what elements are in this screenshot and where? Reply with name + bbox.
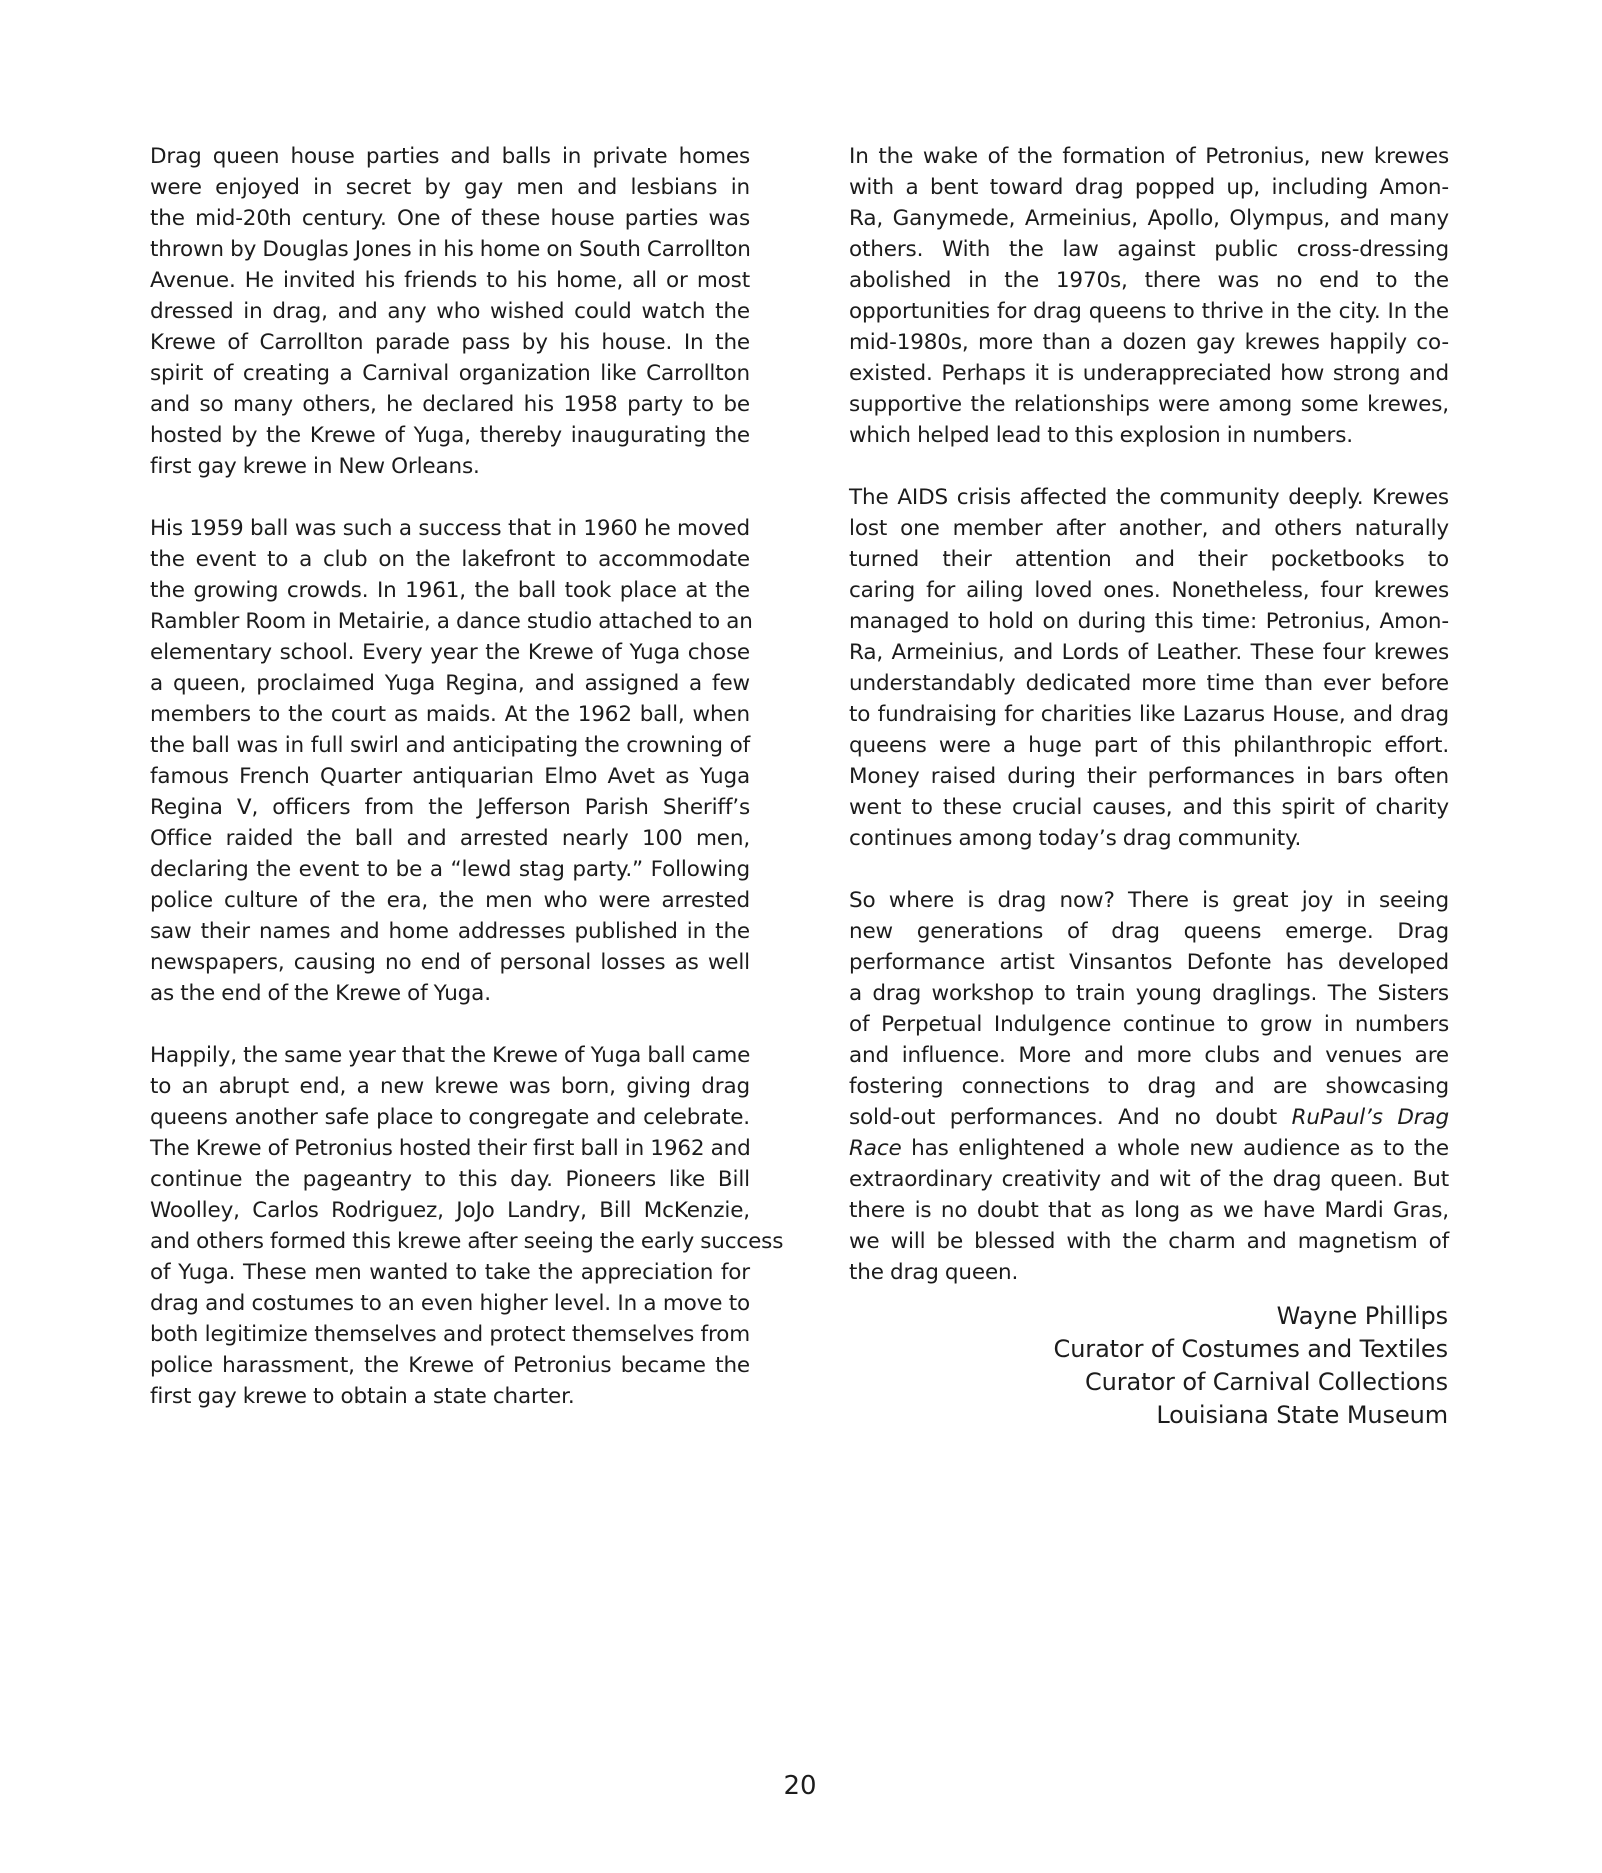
- author-name: Wayne Phillips: [849, 1300, 1448, 1333]
- text-line: we will be blessed with the charm and ma…: [849, 1226, 1449, 1257]
- text-line: Regina V, officers from the Jefferson Pa…: [150, 792, 750, 823]
- text-line: The Krewe of Petronius hosted their firs…: [150, 1133, 750, 1164]
- text-line: police harassment, the Krewe of Petroniu…: [150, 1350, 750, 1381]
- text-line: a queen, proclaimed Yuga Regina, and ass…: [150, 668, 750, 699]
- text-line: and so many others, he declared his 1958…: [150, 389, 750, 420]
- text-line: extraordinary creativity and wit of the …: [849, 1164, 1449, 1195]
- text-line: famous French Quarter antiquarian Elmo A…: [150, 761, 750, 792]
- text-line: the mid-20th century. One of these house…: [150, 203, 750, 234]
- text-line: declaring the event to be a “lewd stag p…: [150, 854, 750, 885]
- text-line: first gay krewe in New Orleans.: [150, 451, 750, 482]
- text-line: opportunities for drag queens to thrive …: [849, 296, 1449, 327]
- text-line: His 1959 ball was such a success that in…: [150, 513, 750, 544]
- text-line: The AIDS crisis affected the community d…: [849, 482, 1449, 513]
- text-line: thrown by Douglas Jones in his home on S…: [150, 234, 750, 265]
- text-line: performance artist Vinsantos Defonte has…: [849, 947, 1449, 978]
- text-line: went to these crucial causes, and this s…: [849, 792, 1449, 823]
- show-title-italic: Race: [849, 1136, 902, 1161]
- text-line: the event to a club on the lakefront to …: [150, 544, 750, 575]
- text-line: supportive the relationships were among …: [849, 389, 1449, 420]
- author-title: Curator of Carnival Collections: [849, 1366, 1448, 1399]
- text-line: a drag workshop to train young draglings…: [849, 978, 1449, 1009]
- text-line: Office raided the ball and arrested near…: [150, 823, 750, 854]
- text-line: understandably dedicated more time than …: [849, 668, 1449, 699]
- author-signature: Wayne Phillips Curator of Costumes and T…: [849, 1300, 1448, 1432]
- text-line: which helped lead to this explosion in n…: [849, 420, 1449, 451]
- text-line: of Yuga. These men wanted to take the ap…: [150, 1257, 750, 1288]
- text-line: caring for ailing loved ones. Nonetheles…: [849, 575, 1449, 606]
- text-line: Ra, Armeinius, and Lords of Leather. The…: [849, 637, 1449, 668]
- text-line: Avenue. He invited his friends to his ho…: [150, 265, 750, 296]
- paragraph-yuga-raid: His 1959 ball was such a success that in…: [150, 513, 750, 1009]
- text-line: members to the court as maids. At the 19…: [150, 699, 750, 730]
- text-line: Happily, the same year that the Krewe of…: [150, 1040, 750, 1071]
- text-line: and influence. More and more clubs and v…: [849, 1040, 1449, 1071]
- text-line: both legitimize themselves and protect t…: [150, 1319, 750, 1350]
- text-line: police culture of the era, the men who w…: [150, 885, 750, 916]
- paragraph-drag-now: So where is drag now? There is great joy…: [849, 885, 1449, 1288]
- author-title: Curator of Costumes and Textiles: [849, 1333, 1448, 1366]
- text-line: fostering connections to drag and are sh…: [849, 1071, 1449, 1102]
- left-column: Drag queen house parties and balls in pr…: [150, 141, 750, 1443]
- text-line: spirit of creating a Carnival organizati…: [150, 358, 750, 389]
- text-line: Race has enlightened a whole new audienc…: [849, 1133, 1449, 1164]
- text-segment: has enlightened a whole new audience as …: [902, 1136, 1449, 1161]
- text-line: Woolley, Carlos Rodriguez, JoJo Landry, …: [150, 1195, 750, 1226]
- right-column: In the wake of the formation of Petroniu…: [849, 141, 1449, 1319]
- text-line: to fundraising for charities like Lazaru…: [849, 699, 1449, 730]
- text-line: were enjoyed in secret by gay men and le…: [150, 172, 750, 203]
- text-line: queens another safe place to congregate …: [150, 1102, 750, 1133]
- text-line: turned their attention and their pocketb…: [849, 544, 1449, 575]
- text-line: new generations of drag queens emerge. D…: [849, 916, 1449, 947]
- text-line: Rambler Room in Metairie, a dance studio…: [150, 606, 750, 637]
- text-line: Drag queen house parties and balls in pr…: [150, 141, 750, 172]
- page-number: 20: [760, 1770, 840, 1802]
- author-institution: Louisiana State Museum: [849, 1399, 1448, 1432]
- text-line: hosted by the Krewe of Yuga, thereby ina…: [150, 420, 750, 451]
- text-line: the drag queen.: [849, 1257, 1449, 1288]
- paragraph-aids-crisis: The AIDS crisis affected the community d…: [849, 482, 1449, 854]
- text-line: first gay krewe to obtain a state charte…: [150, 1381, 750, 1412]
- text-line: lost one member after another, and other…: [849, 513, 1449, 544]
- text-line: Money raised during their performances i…: [849, 761, 1449, 792]
- text-line: managed to hold on during this time: Pet…: [849, 606, 1449, 637]
- text-line: mid-1980s, more than a dozen gay krewes …: [849, 327, 1449, 358]
- paragraph-yuga-origins: Drag queen house parties and balls in pr…: [150, 141, 750, 482]
- text-line: as the end of the Krewe of Yuga.: [150, 978, 750, 1009]
- text-line: and others formed this krewe after seein…: [150, 1226, 750, 1257]
- text-line: others. With the law against public cros…: [849, 234, 1449, 265]
- text-line: of Perpetual Indulgence continue to grow…: [849, 1009, 1449, 1040]
- paragraph-petronius: Happily, the same year that the Krewe of…: [150, 1040, 750, 1412]
- text-line: Krewe of Carrollton parade pass by his h…: [150, 327, 750, 358]
- text-line: with a bent toward drag popped up, inclu…: [849, 172, 1449, 203]
- text-line: saw their names and home addresses publi…: [150, 916, 750, 947]
- text-line: the ball was in full swirl and anticipat…: [150, 730, 750, 761]
- text-line: dressed in drag, and any who wished coul…: [150, 296, 750, 327]
- text-line: the growing crowds. In 1961, the ball to…: [150, 575, 750, 606]
- text-line: sold-out performances. And no doubt RuPa…: [849, 1102, 1449, 1133]
- text-segment: sold-out performances. And no doubt: [849, 1105, 1292, 1130]
- text-line: continues among today’s drag community.: [849, 823, 1449, 854]
- text-line: abolished in the 1970s, there was no end…: [849, 265, 1449, 296]
- text-line: In the wake of the formation of Petroniu…: [849, 141, 1449, 172]
- text-line: drag and costumes to an even higher leve…: [150, 1288, 750, 1319]
- text-line: So where is drag now? There is great joy…: [849, 885, 1449, 916]
- text-line: newspapers, causing no end of personal l…: [150, 947, 750, 978]
- show-title-italic: RuPaul’s Drag: [1292, 1105, 1449, 1130]
- text-line: existed. Perhaps it is underappreciated …: [849, 358, 1449, 389]
- text-line: there is no doubt that as long as we hav…: [849, 1195, 1449, 1226]
- text-line: queens were a huge part of this philanth…: [849, 730, 1449, 761]
- text-line: continue the pageantry to this day. Pion…: [150, 1164, 750, 1195]
- document-page: Drag queen house parties and balls in pr…: [0, 0, 1602, 1873]
- paragraph-new-krewes: In the wake of the formation of Petroniu…: [849, 141, 1449, 451]
- text-line: elementary school. Every year the Krewe …: [150, 637, 750, 668]
- text-line: to an abrupt end, a new krewe was born, …: [150, 1071, 750, 1102]
- text-line: Ra, Ganymede, Armeinius, Apollo, Olympus…: [849, 203, 1449, 234]
